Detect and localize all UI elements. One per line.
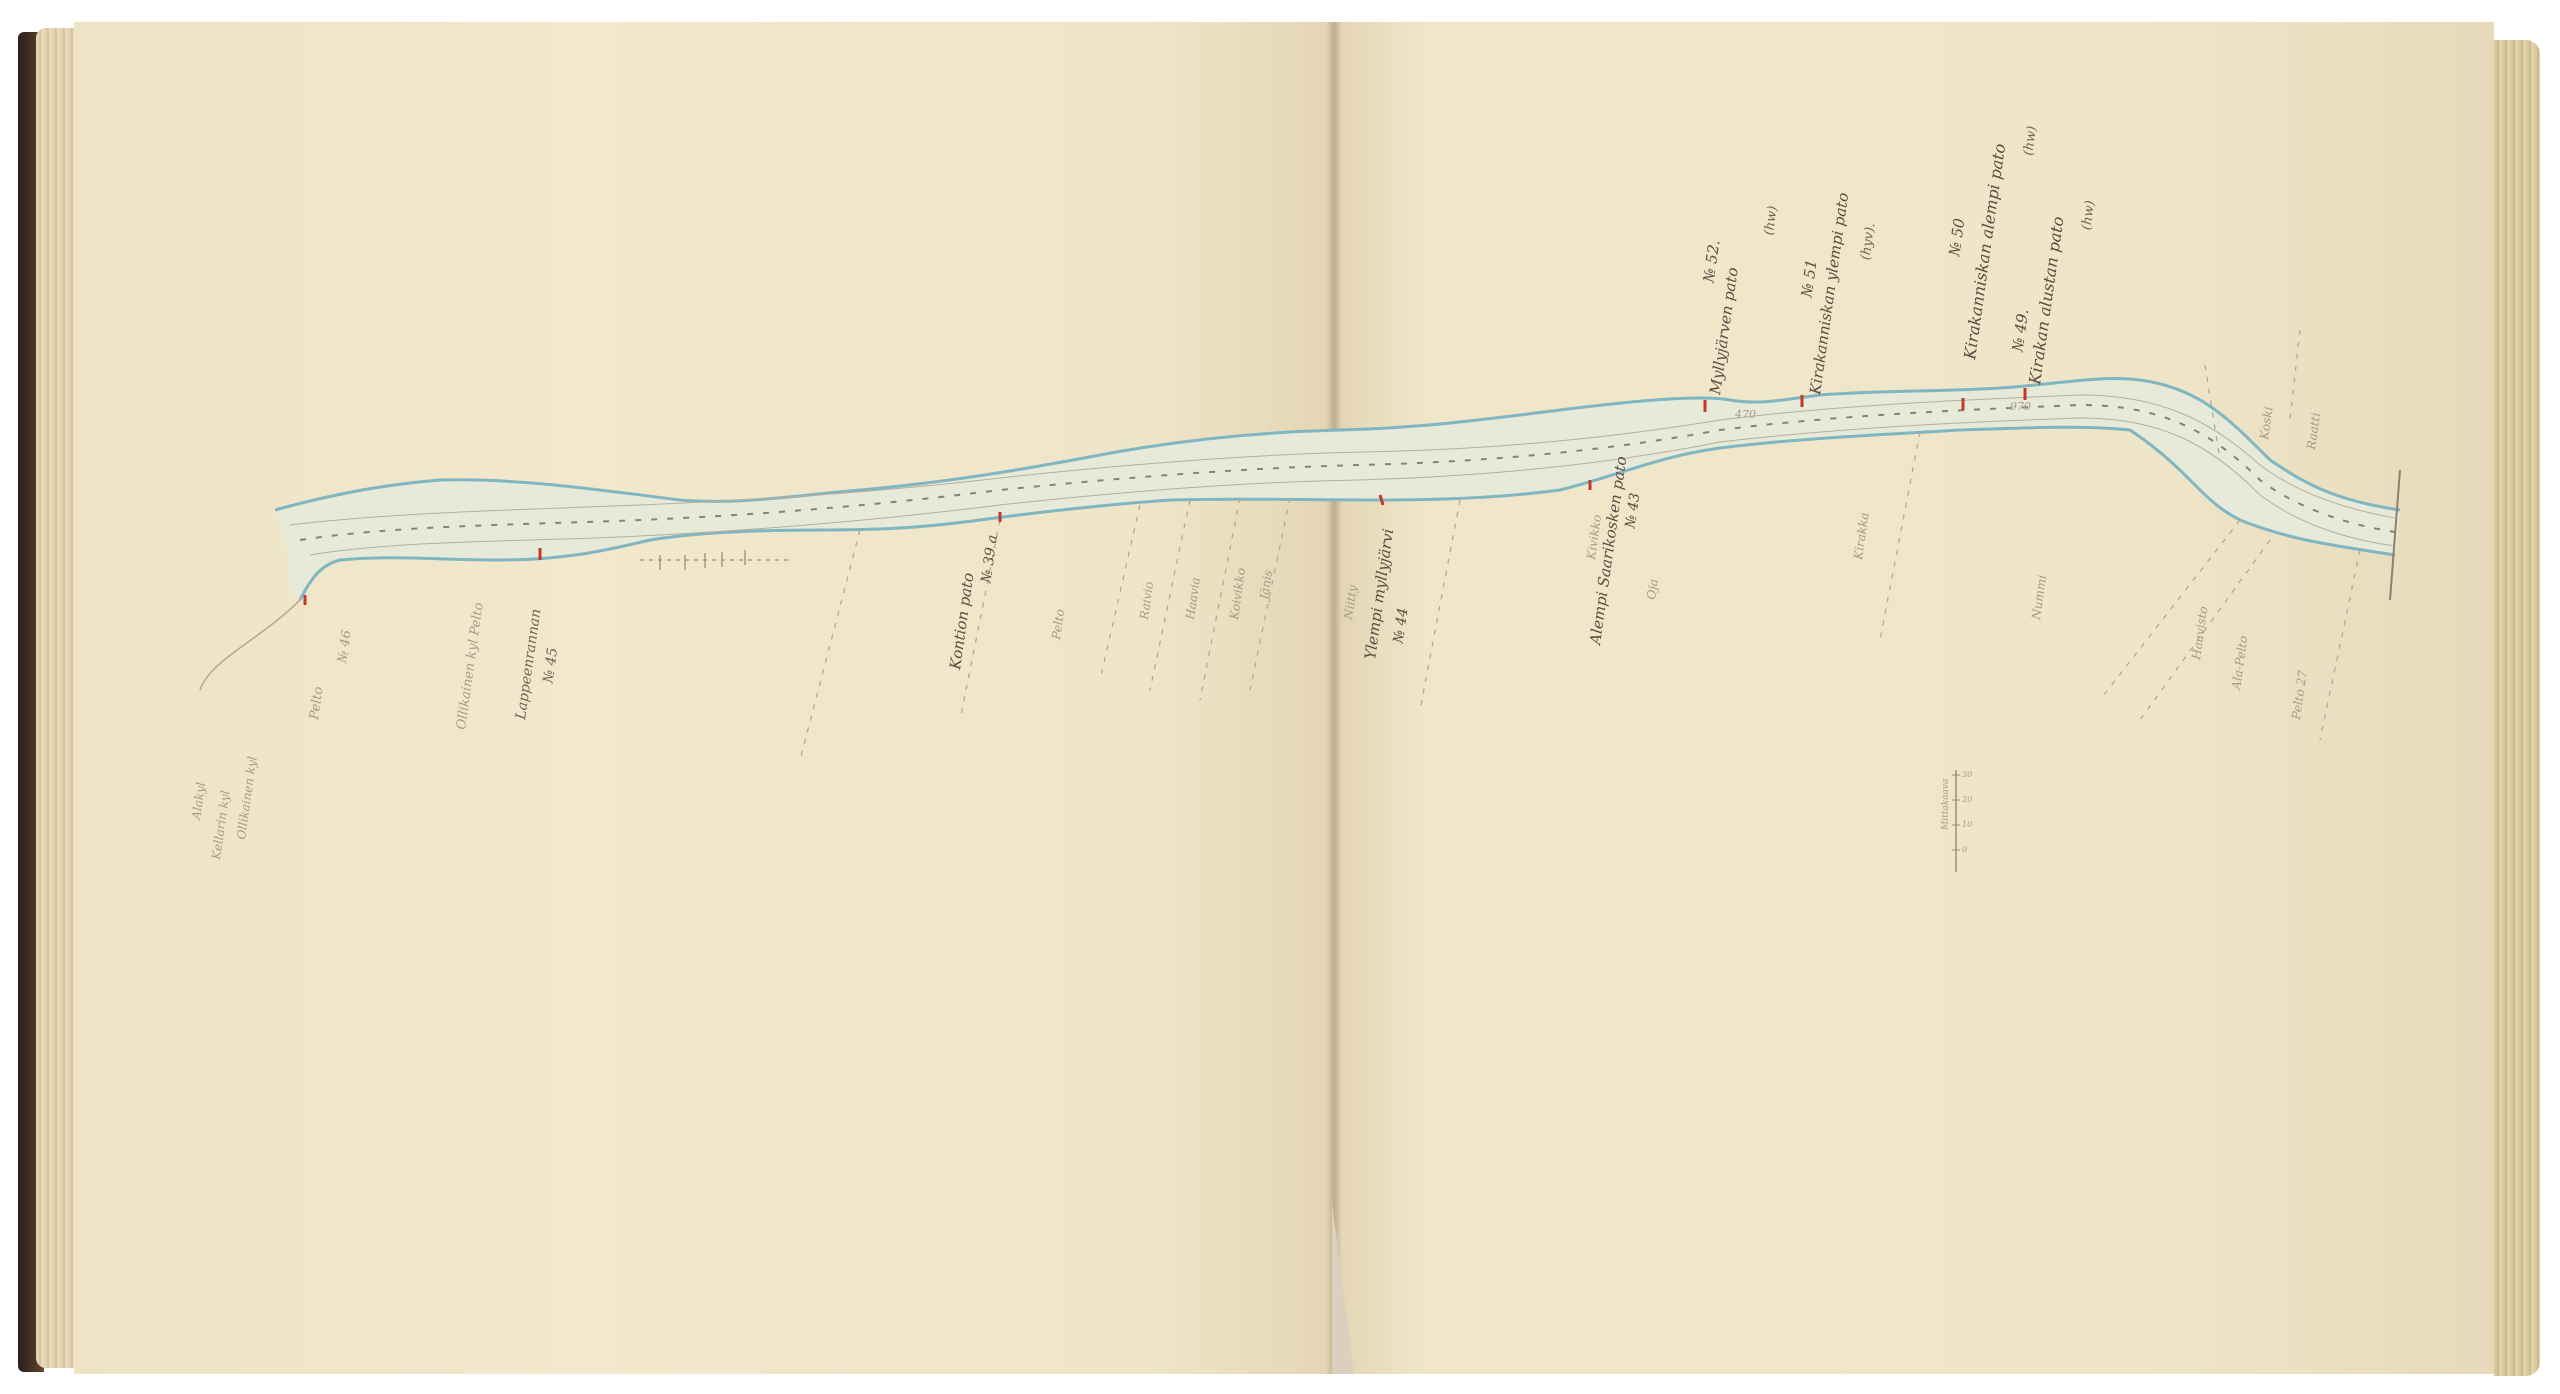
svg-text:Haaviа: Haaviа [1183, 576, 1203, 621]
svg-text:№ 39 a: № 39 a [978, 534, 1001, 585]
svg-text:№ 45: № 45 [540, 647, 561, 685]
distance-label: 470 [1734, 408, 1756, 421]
svg-text:Lappeenrannan: Lappeenrannan [513, 608, 545, 722]
svg-text:№ 50: № 50 [1945, 217, 1968, 259]
svg-text:(hw): (hw) [1762, 205, 1781, 236]
svg-text:Nummi: Nummi [2029, 574, 2049, 621]
svg-text:Pelto: Pelto [307, 686, 327, 722]
station-label-45: Lappeenrannan № 45 [513, 608, 566, 725]
svg-text:30: 30 [1962, 770, 1972, 779]
svg-text:Ollikainen kyl Pelto: Ollikainen kyl Pelto [454, 601, 487, 730]
svg-text:Raivio: Raivio [1137, 581, 1156, 622]
svg-text:(hw): (hw) [2079, 200, 2098, 231]
svg-text:Pelto 27: Pelto 27 [2289, 669, 2310, 721]
scale-bar: Mittakaava 0 10 20 30 [1941, 770, 1972, 872]
svg-text:№ 51: № 51 [1797, 258, 1820, 299]
svg-text:Myllyjärven pato: Myllyjärven pato [1706, 266, 1742, 396]
svg-text:№ 44: № 44 [1391, 607, 1412, 645]
svg-text:(hyv).: (hyv). [1858, 222, 1878, 261]
svg-text:Kellarin kyl: Kellarin kyl [209, 789, 233, 861]
river-map: Myllyjärven pato № 52. (hw) Kirakanniska… [0, 0, 2560, 1394]
station-label-51: Kirakanniskan ylempi pato № 51 (hyv). [1784, 188, 1882, 400]
svg-text:№ 52.: № 52. [1700, 239, 1724, 285]
svg-text:Ala-Pelto: Ala-Pelto [2229, 635, 2251, 692]
station-label-49: Kirakan alustan pato № 49. (hw) [2004, 192, 2098, 390]
svg-text:Ojа: Ojа [1644, 578, 1661, 600]
tributary-line [200, 600, 300, 690]
dam-structure [640, 550, 790, 570]
svg-text:Kirakanniskan alempi pato: Kirakanniskan alempi pato [1960, 142, 2009, 361]
svg-text:Niitty: Niitty [1341, 584, 1360, 621]
svg-text:Kontion pato: Kontion pato [946, 572, 978, 672]
svg-text:Koski: Koski [2257, 405, 2276, 441]
svg-text:Kirakan alustan pato: Kirakan alustan pato [2025, 215, 2068, 386]
station-label-44: Ylempi myllyjärvi № 44 [1361, 527, 1422, 664]
svg-text:10: 10 [1962, 820, 1972, 829]
distance-label: 970 [2010, 400, 2031, 413]
svg-text:Ollikainen kyl: Ollikainen kyl [234, 755, 260, 840]
svg-text:Pelto: Pelto [1049, 608, 1067, 641]
svg-text:Mittakaava: Mittakaava [1941, 779, 1951, 831]
svg-text:(hw): (hw) [2021, 125, 2040, 156]
svg-text:Kirakka: Kirakka [1851, 512, 1872, 562]
svg-text:Alakyl: Alakyl [189, 781, 208, 821]
svg-text:Haavisto: Haavisto [2189, 605, 2210, 661]
svg-text:№ 46: № 46 [335, 629, 355, 665]
svg-text:Raatti: Raatti [2304, 412, 2323, 452]
station-label-52: Myllyjärven pato № 52. (hw) [1684, 197, 1781, 400]
svg-text:Koivikko: Koivikko [1227, 567, 1248, 622]
svg-text:0: 0 [1962, 845, 1967, 854]
svg-text:№ 49.: № 49. [2008, 308, 2032, 354]
svg-text:№ 43: № 43 [1623, 492, 1644, 530]
svg-text:Jänis: Jänis [1257, 569, 1275, 603]
svg-text:20: 20 [1961, 795, 1972, 804]
station-label-46: Pelto № 46 [307, 626, 355, 724]
